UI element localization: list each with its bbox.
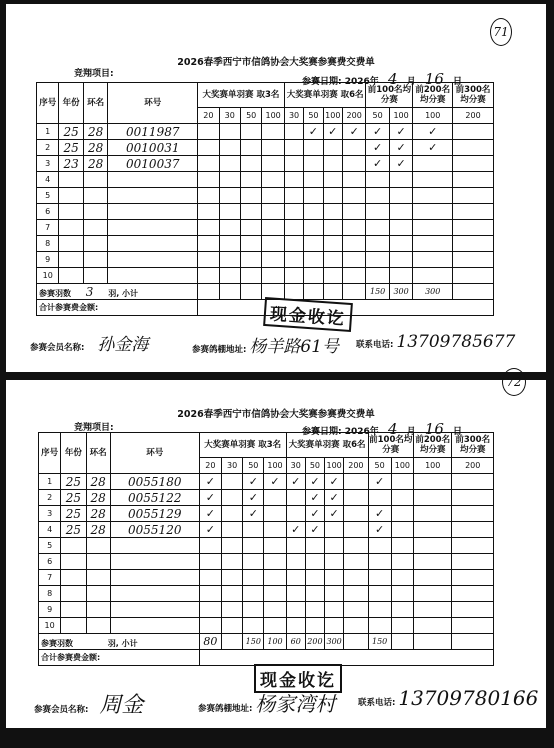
check-cell: ✓ — [243, 490, 264, 506]
check-cell — [284, 220, 303, 236]
check-cell — [240, 172, 261, 188]
check-cell — [368, 490, 391, 506]
seq-cell: 5 — [39, 538, 61, 554]
sub-a-100: 100 — [264, 458, 286, 474]
seq-cell: 3 — [37, 156, 59, 172]
check-cell — [323, 188, 342, 204]
check-cell — [414, 538, 452, 554]
check-cell — [391, 602, 413, 618]
check-cell — [304, 220, 323, 236]
check-cell — [366, 220, 389, 236]
subtotal-cell: 150 — [243, 634, 264, 650]
header-year: 年份 — [61, 433, 86, 474]
table-row: 10 — [39, 618, 494, 634]
check-cell — [240, 252, 261, 268]
check-cell — [342, 268, 365, 284]
check-cell — [325, 586, 344, 602]
check-cell — [221, 602, 242, 618]
ring-name-cell — [86, 618, 110, 634]
check-cell — [391, 618, 413, 634]
table-row: 7 — [39, 570, 494, 586]
table-row: 125280055180✓✓✓✓✓✓✓ — [39, 474, 494, 490]
check-cell — [243, 586, 264, 602]
check-cell — [262, 156, 284, 172]
check-cell — [452, 554, 494, 570]
check-cell — [342, 204, 365, 220]
seq-cell: 8 — [39, 586, 61, 602]
seq-cell: 7 — [37, 220, 59, 236]
seq-cell: 10 — [39, 618, 61, 634]
subtotal-cell — [240, 284, 261, 300]
ring-number-cell — [108, 268, 198, 284]
check-cell — [452, 618, 494, 634]
subtotal-cell — [198, 284, 219, 300]
check-cell: ✓ — [389, 156, 412, 172]
check-cell — [366, 236, 389, 252]
check-cell — [391, 586, 413, 602]
check-cell — [240, 268, 261, 284]
ring-name-cell — [83, 252, 107, 268]
header-group-top100: 前100名均分赛 — [368, 433, 413, 458]
check-cell: ✓ — [199, 522, 221, 538]
check-cell: ✓ — [304, 124, 323, 140]
check-cell — [344, 586, 368, 602]
year-cell — [59, 268, 83, 284]
check-cell — [284, 156, 303, 172]
seq-cell: 1 — [39, 474, 61, 490]
check-cell: ✓ — [325, 474, 344, 490]
year-cell: 25 — [59, 140, 83, 156]
check-cell: ✓ — [305, 506, 324, 522]
ring-number-cell — [108, 236, 198, 252]
check-cell — [453, 172, 494, 188]
check-cell — [453, 236, 494, 252]
ring-name-cell: 28 — [86, 474, 110, 490]
check-cell — [389, 188, 412, 204]
check-cell — [219, 268, 240, 284]
check-cell — [264, 554, 286, 570]
check-cell — [342, 172, 365, 188]
check-cell — [453, 140, 494, 156]
header-year: 年份 — [59, 83, 83, 124]
ring-number-cell: 0055122 — [110, 490, 199, 506]
sub-e-200: 200 — [453, 108, 494, 124]
check-cell — [262, 188, 284, 204]
ring-name-cell — [83, 172, 107, 188]
check-cell: ✓ — [368, 474, 391, 490]
sub-b-50: 50 — [305, 458, 324, 474]
check-cell — [304, 236, 323, 252]
check-cell — [305, 586, 324, 602]
check-cell: ✓ — [389, 124, 412, 140]
ring-name-cell — [86, 538, 110, 554]
table-row: 6 — [39, 554, 494, 570]
check-cell — [198, 236, 219, 252]
page-number: 71 — [490, 18, 512, 46]
check-cell — [391, 554, 413, 570]
check-cell — [243, 570, 264, 586]
subtotal-cell — [414, 634, 452, 650]
check-cell — [323, 172, 342, 188]
table-row: 10 — [37, 268, 494, 284]
table-row: 225280055122✓✓✓✓ — [39, 490, 494, 506]
check-cell — [198, 140, 219, 156]
check-cell — [264, 522, 286, 538]
seq-cell: 3 — [39, 506, 61, 522]
check-cell — [325, 538, 344, 554]
check-cell — [342, 236, 365, 252]
member-name-label: 参赛会员名称: — [34, 705, 88, 715]
check-cell — [221, 506, 242, 522]
sub-a-20: 20 — [199, 458, 221, 474]
check-cell — [243, 522, 264, 538]
check-cell — [304, 204, 323, 220]
loft-address-field: 参赛鸽棚地址: 杨羊路61号 — [192, 332, 339, 357]
member-name-label: 参赛会员名称: — [30, 343, 84, 353]
year-cell: 25 — [59, 124, 83, 140]
check-cell — [286, 570, 305, 586]
table-row: 9 — [39, 602, 494, 618]
check-cell — [389, 172, 412, 188]
check-cell — [219, 156, 240, 172]
check-cell — [305, 570, 324, 586]
check-cell — [391, 538, 413, 554]
check-cell — [264, 538, 286, 554]
check-cell — [413, 204, 453, 220]
header-group-top300: 前300名均分赛 — [452, 433, 494, 458]
total-fee-value — [199, 650, 493, 666]
check-cell — [198, 124, 219, 140]
check-cell — [240, 140, 261, 156]
check-cell — [198, 156, 219, 172]
ring-number-cell — [110, 586, 199, 602]
check-cell — [243, 538, 264, 554]
check-cell — [219, 172, 240, 188]
table-row: 4 — [37, 172, 494, 188]
ring-name-cell — [83, 236, 107, 252]
ring-number-cell: 0055120 — [110, 522, 199, 538]
check-cell — [305, 618, 324, 634]
check-cell — [389, 204, 412, 220]
ring-number-cell — [108, 252, 198, 268]
check-cell — [304, 172, 323, 188]
check-cell — [366, 268, 389, 284]
subtotal-cell: 80 — [199, 634, 221, 650]
check-cell — [344, 490, 368, 506]
check-cell — [414, 602, 452, 618]
sub-d-100: 100 — [414, 458, 452, 474]
check-cell — [198, 220, 219, 236]
table-row: 9 — [37, 252, 494, 268]
check-cell — [323, 268, 342, 284]
check-cell: ✓ — [366, 156, 389, 172]
year-cell — [59, 236, 83, 252]
ring-number-cell — [110, 602, 199, 618]
seq-cell: 4 — [37, 172, 59, 188]
total-fee-label: 合计参赛费金额: — [37, 300, 198, 316]
check-cell: ✓ — [243, 474, 264, 490]
sub-a-30: 30 — [219, 108, 240, 124]
phone-label: 联系电话: — [358, 698, 395, 708]
sub-b-30: 30 — [284, 108, 303, 124]
header-group-top100: 前100名均分赛 — [366, 83, 413, 108]
subtotal-cell — [344, 634, 368, 650]
ring-number-cell — [108, 188, 198, 204]
subtotal-cell: 150 — [366, 284, 389, 300]
subtotal-cell — [391, 634, 413, 650]
check-cell — [198, 252, 219, 268]
sub-b-50: 50 — [304, 108, 323, 124]
seq-cell: 7 — [39, 570, 61, 586]
ring-number-cell — [108, 204, 198, 220]
check-cell — [414, 506, 452, 522]
table-row: 8 — [39, 586, 494, 602]
check-cell: ✓ — [286, 474, 305, 490]
check-cell — [284, 268, 303, 284]
table-row: 125280011987✓✓✓✓✓✓ — [37, 124, 494, 140]
check-cell — [414, 490, 452, 506]
check-cell — [413, 172, 453, 188]
check-cell — [452, 586, 494, 602]
check-cell — [344, 506, 368, 522]
check-cell — [286, 618, 305, 634]
check-cell — [284, 204, 303, 220]
ring-number-cell — [110, 554, 199, 570]
check-cell — [366, 252, 389, 268]
check-cell — [304, 252, 323, 268]
check-cell: ✓ — [366, 140, 389, 156]
check-cell — [389, 220, 412, 236]
check-cell — [413, 220, 453, 236]
check-cell — [264, 506, 286, 522]
sub-b-100: 100 — [325, 458, 344, 474]
check-cell — [391, 474, 413, 490]
header-group-top200: 前200名均分赛 — [413, 83, 453, 108]
check-cell — [323, 236, 342, 252]
check-cell — [286, 602, 305, 618]
ring-name-cell: 28 — [86, 490, 110, 506]
check-cell: ✓ — [413, 124, 453, 140]
sub-c-100: 100 — [389, 108, 412, 124]
subtotal-cell — [221, 634, 242, 650]
ring-number-cell — [108, 172, 198, 188]
ring-name-cell: 28 — [86, 506, 110, 522]
check-cell — [414, 522, 452, 538]
seq-cell: 2 — [37, 140, 59, 156]
check-cell — [198, 188, 219, 204]
subtotal-cell — [304, 284, 323, 300]
header-group-top300: 前300名均分赛 — [453, 83, 494, 108]
check-cell — [342, 188, 365, 204]
seq-cell: 8 — [37, 236, 59, 252]
check-cell — [342, 220, 365, 236]
check-cell — [221, 554, 242, 570]
table-row: 5 — [37, 188, 494, 204]
check-cell — [221, 586, 242, 602]
birds-count-label: 参赛羽数 — [39, 289, 71, 298]
check-cell: ✓ — [199, 474, 221, 490]
sub-b-200: 200 — [344, 458, 368, 474]
year-cell — [61, 618, 86, 634]
check-cell — [243, 618, 264, 634]
year-cell — [61, 570, 86, 586]
birds-unit-label: 羽, 小计 — [108, 639, 138, 648]
check-cell: ✓ — [368, 506, 391, 522]
seq-cell: 2 — [39, 490, 61, 506]
check-cell: ✓ — [305, 522, 324, 538]
table-row: 6 — [37, 204, 494, 220]
year-cell: 25 — [61, 506, 86, 522]
ring-name-cell — [86, 570, 110, 586]
check-cell — [240, 188, 261, 204]
subtotal-cell: 100 — [264, 634, 286, 650]
year-cell — [61, 602, 86, 618]
check-cell — [414, 618, 452, 634]
ring-number-cell: 0010031 — [108, 140, 198, 156]
check-cell — [199, 618, 221, 634]
subtotal-cell: 300 — [389, 284, 412, 300]
check-cell — [368, 602, 391, 618]
birds-count-value: 3 — [86, 285, 94, 299]
fee-form-2: 72 2026春季西宁市信鸽协会大奖赛参赛费交费单 竞翔项目: 参赛日期: 20… — [6, 380, 546, 728]
loft-address-value: 杨羊路61号 — [249, 337, 339, 357]
check-cell: ✓ — [243, 506, 264, 522]
ring-name-cell: 28 — [83, 124, 107, 140]
subtotal-cell — [323, 284, 342, 300]
sub-c-50: 50 — [366, 108, 389, 124]
check-cell — [199, 602, 221, 618]
check-cell — [413, 236, 453, 252]
ring-name-cell — [83, 220, 107, 236]
check-cell: ✓ — [413, 140, 453, 156]
ring-name-cell — [86, 602, 110, 618]
check-cell — [323, 204, 342, 220]
ring-name-cell — [83, 204, 107, 220]
subtotal-cell — [452, 634, 494, 650]
check-cell: ✓ — [366, 124, 389, 140]
check-cell — [262, 204, 284, 220]
check-cell — [391, 506, 413, 522]
birds-count-row: 参赛羽数 羽, 小计 — [39, 634, 200, 650]
sub-a-100: 100 — [262, 108, 284, 124]
subtotal-cell: 300 — [413, 284, 453, 300]
check-cell — [262, 268, 284, 284]
check-cell — [452, 522, 494, 538]
seq-cell: 1 — [37, 124, 59, 140]
check-cell — [344, 618, 368, 634]
check-cell — [344, 602, 368, 618]
loft-address-value: 杨家湾村 — [255, 692, 335, 716]
check-cell — [389, 236, 412, 252]
check-cell — [342, 156, 365, 172]
header-seq: 序号 — [37, 83, 59, 124]
check-cell — [286, 554, 305, 570]
loft-address-field: 参赛鸽棚地址: 杨家湾村 — [198, 688, 335, 717]
check-cell — [344, 522, 368, 538]
ring-name-cell: 28 — [83, 156, 107, 172]
check-cell — [243, 554, 264, 570]
check-cell — [414, 474, 452, 490]
check-cell — [286, 490, 305, 506]
check-cell — [414, 586, 452, 602]
check-cell — [264, 618, 286, 634]
check-cell — [221, 618, 242, 634]
fee-form-1: 71 2026春季西宁市信鸽协会大奖赛参赛费交费单 竞翔项目: 参赛日期: 20… — [6, 4, 546, 372]
sub-a-30: 30 — [221, 458, 242, 474]
check-cell — [413, 268, 453, 284]
subtotal-cell — [219, 284, 240, 300]
sub-c-50: 50 — [368, 458, 391, 474]
check-cell — [325, 554, 344, 570]
check-cell — [323, 220, 342, 236]
check-cell — [344, 570, 368, 586]
check-cell — [391, 522, 413, 538]
subtotal-cell: 200 — [305, 634, 324, 650]
check-cell — [414, 570, 452, 586]
header-ring-name: 环名 — [83, 83, 107, 124]
ring-number-cell — [108, 220, 198, 236]
check-cell — [240, 220, 261, 236]
cash-received-stamp: 现金收讫 — [263, 297, 353, 332]
check-cell: ✓ — [368, 522, 391, 538]
check-cell — [366, 204, 389, 220]
check-cell — [323, 252, 342, 268]
year-cell — [59, 188, 83, 204]
check-cell: ✓ — [323, 124, 342, 140]
sub-e-200: 200 — [452, 458, 494, 474]
check-cell: ✓ — [264, 474, 286, 490]
check-cell — [325, 522, 344, 538]
check-cell — [453, 268, 494, 284]
sub-a-20: 20 — [198, 108, 219, 124]
birds-count-row: 参赛羽数 3 羽, 小计 — [37, 284, 198, 300]
member-name-field: 参赛会员名称: 孙金海 — [30, 330, 148, 355]
header-group-top3: 大奖赛单羽赛 取3名 — [198, 83, 285, 108]
birds-count-label: 参赛羽数 — [41, 639, 73, 648]
phone-value: 13709780166 — [398, 686, 538, 710]
check-cell — [344, 554, 368, 570]
check-cell — [453, 188, 494, 204]
seq-cell: 10 — [37, 268, 59, 284]
check-cell — [452, 490, 494, 506]
entry-table: 序号 年份 环名 环号 大奖赛单羽赛 取3名 大奖赛单羽赛 取6名 前100名均… — [36, 82, 494, 316]
check-cell — [240, 204, 261, 220]
loft-address-label: 参赛鸽棚地址: — [192, 345, 246, 355]
check-cell — [453, 204, 494, 220]
project-label: 竞翔项目: — [74, 66, 114, 79]
birds-unit-label: 羽, 小计 — [108, 289, 138, 298]
header-group-top3: 大奖赛单羽赛 取3名 — [199, 433, 286, 458]
check-cell: ✓ — [199, 490, 221, 506]
check-cell — [413, 252, 453, 268]
seq-cell: 6 — [39, 554, 61, 570]
check-cell — [368, 538, 391, 554]
member-name-value: 周金 — [99, 693, 143, 718]
check-cell — [262, 220, 284, 236]
year-cell — [59, 252, 83, 268]
subtotal-cell — [284, 284, 303, 300]
check-cell — [323, 156, 342, 172]
header-group-top6: 大奖赛单羽赛 取6名 — [286, 433, 368, 458]
ring-number-cell: 0011987 — [108, 124, 198, 140]
ring-name-cell: 28 — [86, 522, 110, 538]
check-cell — [240, 156, 261, 172]
check-cell — [243, 602, 264, 618]
check-cell — [284, 124, 303, 140]
check-cell — [413, 156, 453, 172]
ring-number-cell — [110, 538, 199, 554]
check-cell: ✓ — [325, 490, 344, 506]
